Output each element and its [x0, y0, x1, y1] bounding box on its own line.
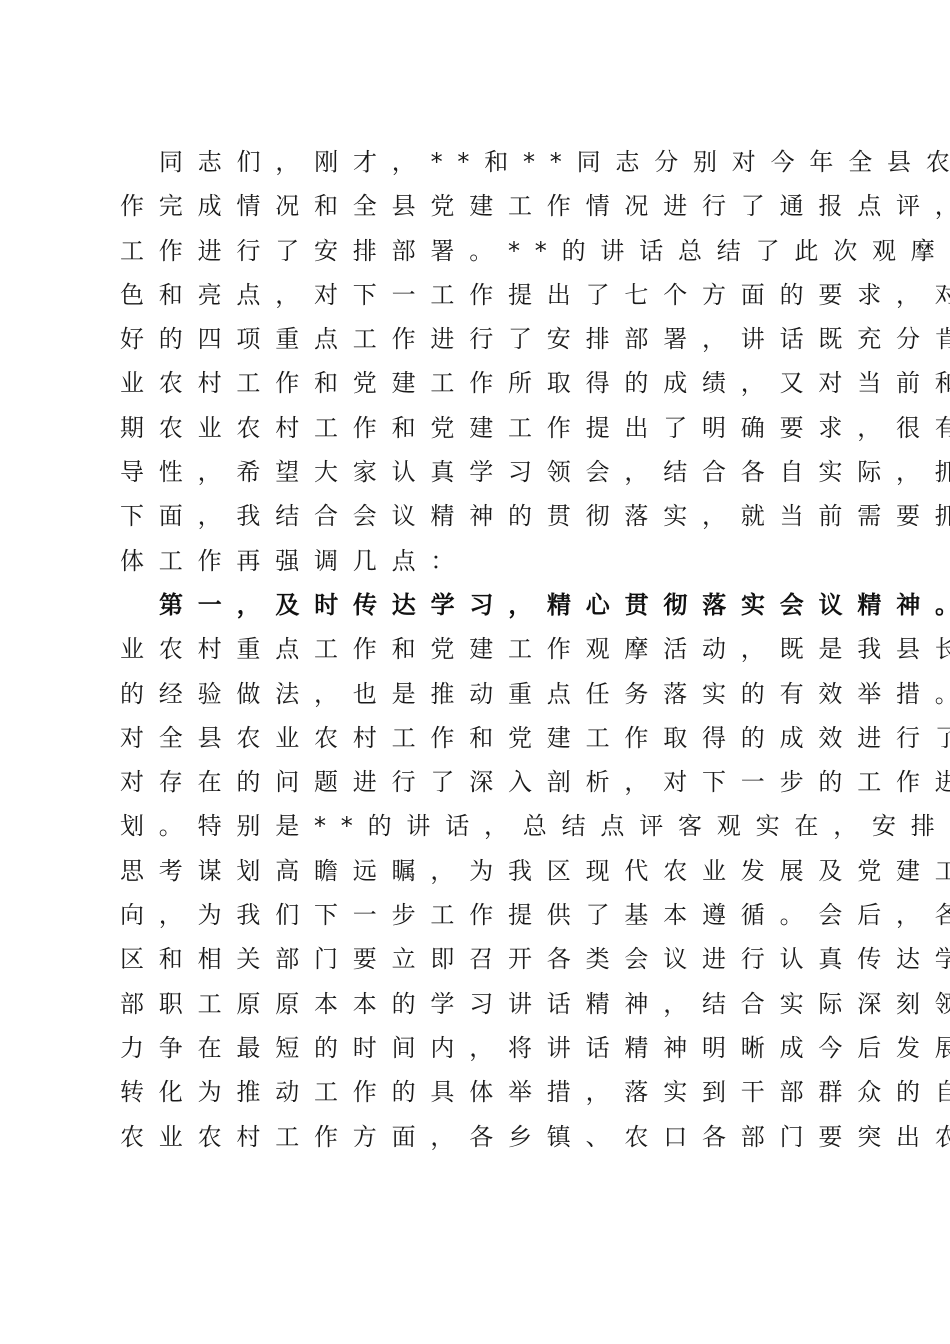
document-page: 同志们，刚才，**和**同志分别对今年全县农业农村重点工 作完成情况和全县党建工…	[0, 0, 950, 1344]
text-line: 划。特别是**的讲话，总结点评客观实在，安排部署扎实具体，	[120, 804, 830, 848]
text-line: 体工作再强调几点：	[120, 539, 830, 583]
text-line: 导性，希望大家认真学习领会，结合各自实际，抓好贯彻落实。	[120, 450, 830, 494]
text-line: 向，为我们下一步工作提供了基本遵循。会后，各乡镇、各社	[120, 893, 830, 937]
text-line: 第一，及时传达学习，精心贯彻落实会议精神。组织开展农	[120, 583, 830, 627]
text-line: 好的四项重点工作进行了安排部署，讲话既充分肯定了今年农	[120, 317, 830, 361]
text-line: 思考谋划高瞻远瞩，为我区现代农业发展及党建工作指明了方	[120, 849, 830, 893]
paragraph-opening: 同志们，刚才，**和**同志分别对今年全县农业农村重点工 作完成情况和全县党建工…	[120, 140, 830, 583]
text-line: 同志们，刚才，**和**同志分别对今年全县农业农村重点工	[120, 140, 830, 184]
text-line: 转化为推动工作的具体举措，落实到干部群众的自觉行动。在	[120, 1070, 830, 1114]
text-line: 业农村重点工作和党建工作观摩活动，既是我县长期以来坚持	[120, 627, 830, 671]
text-line: 作完成情况和全县党建工作情况进行了通报点评，对下一阶段	[120, 184, 830, 228]
text-line: 对全县农业农村工作和党建工作取得的成效进行了全面盘点，	[120, 716, 830, 760]
text-line: 力争在最短的时间内，将讲话精神明晰成今后发展的工作思路，	[120, 1026, 830, 1070]
text-line: 业农村工作和党建工作所取得的成绩，又对当前和今后一段时	[120, 361, 830, 405]
text-line: 部职工原原本本的学习讲话精神，结合实际深刻领会精神实质，	[120, 982, 830, 1026]
text-line: 农业农村工作方面，各乡镇、农口各部门要突出农民增收这一	[120, 1115, 830, 1159]
text-line: 对存在的问题进行了深入剖析，对下一步的工作进行了研讨谋	[120, 760, 830, 804]
text-line: 区和相关部门要立即召开各类会议进行认真传达学习，组织干	[120, 937, 830, 981]
text-line: 工作进行了安排部署。**的讲话总结了此次观摩四个方面的特	[120, 229, 830, 273]
text-line: 下面，我结合会议精神的贯彻落实，就当前需要抓好的几件具	[120, 494, 830, 538]
section-heading: 第一，及时传达学习，精心贯彻落实会议精神。	[159, 590, 950, 619]
text-line: 色和亮点，对下一工作提出了七个方面的要求，对当前需要抓	[120, 273, 830, 317]
text-line: 期农业农村工作和党建工作提出了明确要求，很有针对性和指	[120, 406, 830, 450]
text-line: 的经验做法，也是推动重点任务落实的有效举措。今天的会议	[120, 672, 830, 716]
paragraph-point-one: 第一，及时传达学习，精心贯彻落实会议精神。组织开展农 业农村重点工作和党建工作观…	[120, 583, 830, 1159]
document-body: 同志们，刚才，**和**同志分别对今年全县农业农村重点工 作完成情况和全县党建工…	[120, 140, 830, 1159]
